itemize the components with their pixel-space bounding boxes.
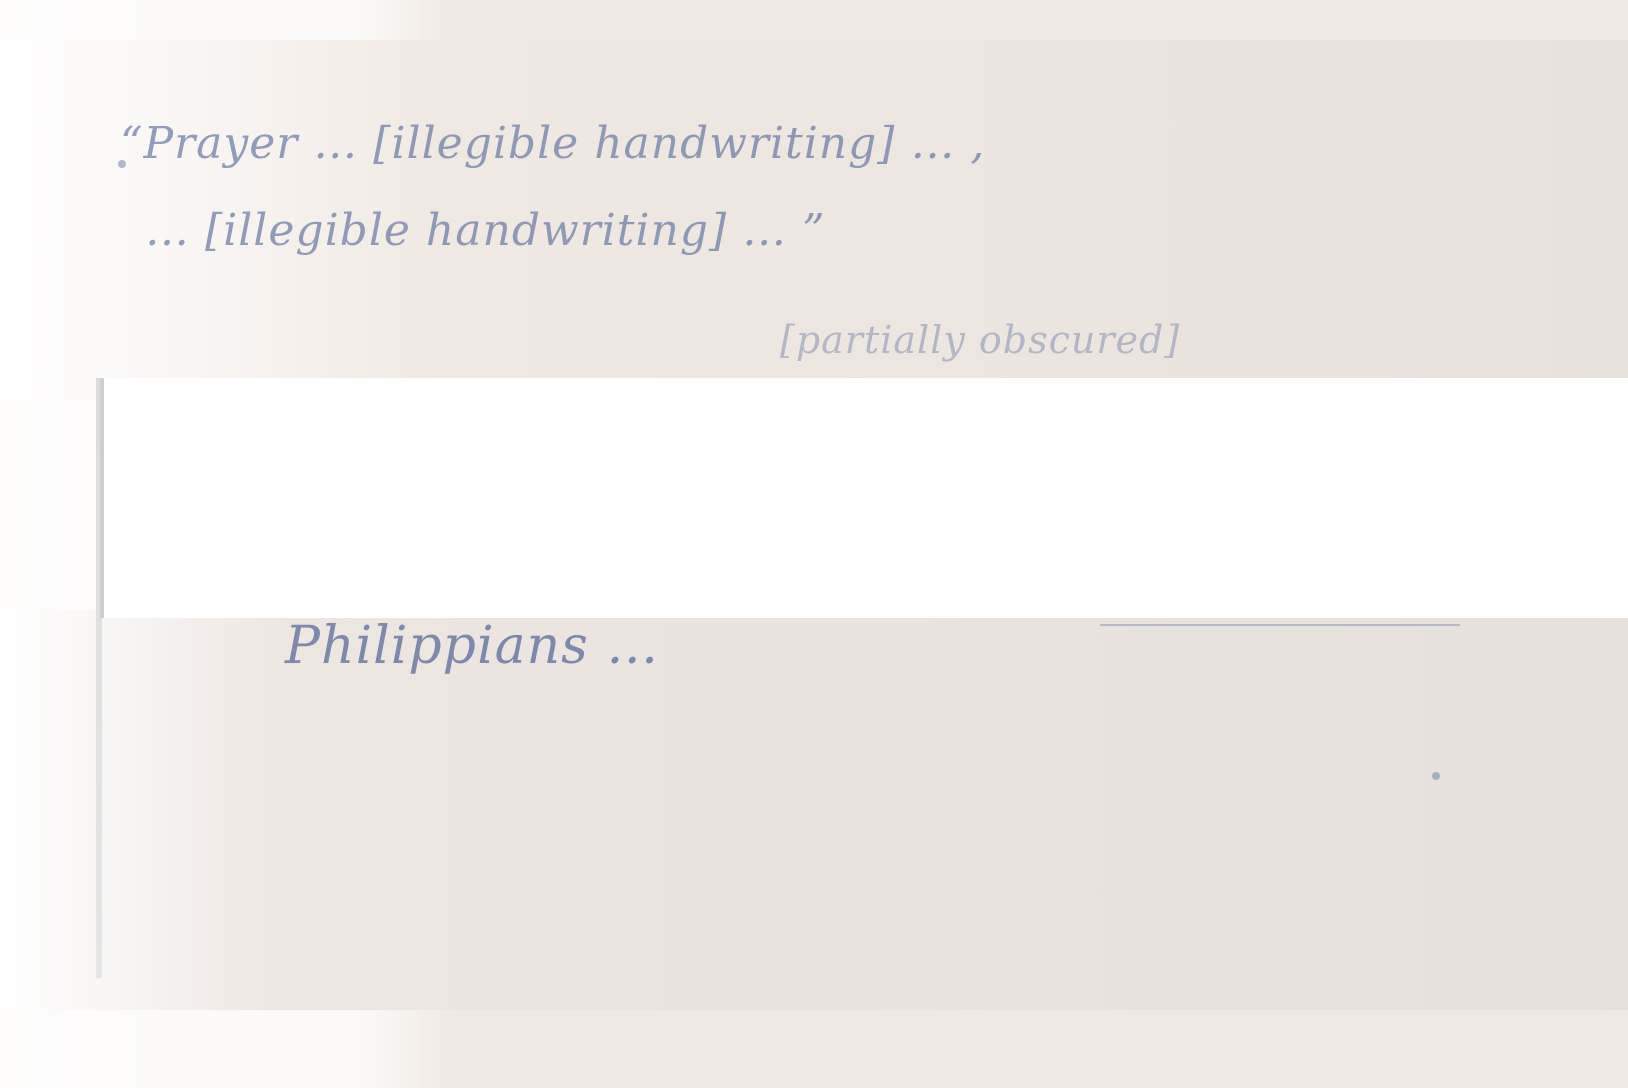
ink-underline-stroke: [1100, 624, 1460, 626]
scripture-reference: Philippians …: [285, 616, 659, 676]
handwritten-line-2: … [illegible handwriting] … ”: [145, 205, 826, 256]
handwritten-line-3: [partially obscured]: [780, 318, 1180, 362]
ink-dot: [1432, 772, 1440, 780]
paper-lower-region: [0, 610, 1628, 1010]
ink-dot: [118, 160, 126, 168]
handwritten-line-1: “Prayer … [illegible handwriting] … ,: [120, 118, 985, 169]
white-redaction-overlay: [100, 378, 1628, 618]
